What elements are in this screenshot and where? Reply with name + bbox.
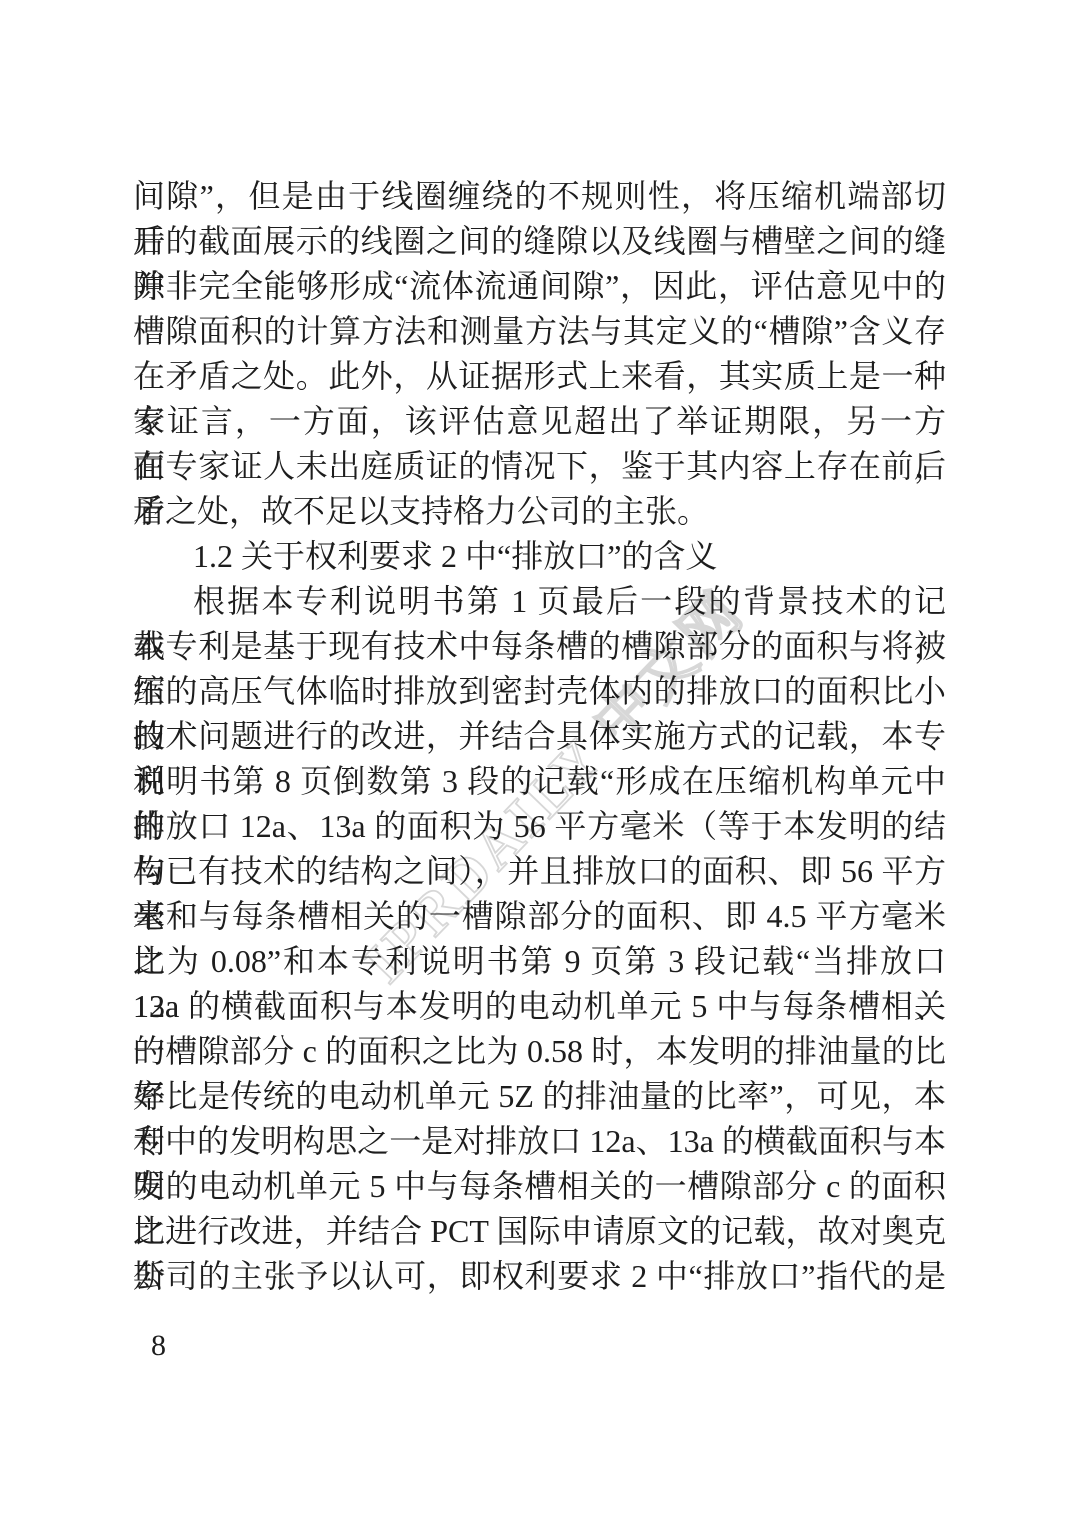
text-line: 并非完全能够形成“流体流通间隙”，因此，评估意见中的: [133, 264, 946, 309]
text-line: 在矛盾之处。此外，从证据形式上来看，其实质上是一种专: [133, 354, 946, 399]
text-block: 间隙”，但是由于线圈缠绕的不规则性，将压缩机端部切开后的截面展示的线圈之间的缝隙…: [133, 174, 946, 1299]
text-line: 槽隙面积的计算方法和测量方法与其定义的“槽隙”含义存: [133, 309, 946, 354]
page-number: 8: [151, 1329, 166, 1363]
text-line: 一槽隙部分 c 的面积之比为 0.58 时，本发明的排油量的比率: [133, 1029, 946, 1074]
text-line: 好比是传统的电动机单元 5Z 的排油量的比率”，可见，本专: [133, 1074, 946, 1119]
text-line: 13a 的横截面积与本发明的电动机单元 5 中与每条槽相关的: [133, 984, 946, 1029]
page: IPRDAILY 中文网 间隙”，但是由于线圈缠绕的不规则性，将压缩机端部切开后…: [0, 0, 1080, 1527]
text-line: 间隙”，但是由于线圈缠绕的不规则性，将压缩机端部切开: [133, 174, 946, 219]
text-line: 排放口 12a、13a 的面积为 56 平方毫米（等于本发明的结构: [133, 804, 946, 849]
text-line: 根据本专利说明书第 1 页最后一段的背景技术的记载，: [133, 579, 946, 624]
text-line: 与已有技术的结构之间），并且排放口的面积、即 56 平方毫: [133, 849, 946, 894]
text-line: 比为 0.08”和本专利说明书第 9 页第 3 段记载“当排放口 12a、: [133, 939, 946, 984]
text-line: 利中的发明构思之一是对排放口 12a、13a 的横截面积与本发: [133, 1119, 946, 1164]
text-line: 缩的高压气体临时排放到密封壳体内的排放口的面积比小的: [133, 669, 946, 714]
text-line: 比进行改进，并结合 PCT 国际申请原文的记载，故对奥克斯: [133, 1209, 946, 1254]
text-line: 家证言，一方面，该评估意见超出了举证期限，另一方面，: [133, 399, 946, 444]
text-line: 在专家证人未出庭质证的情况下，鉴于其内容上存在前后矛: [133, 444, 946, 489]
text-line: 盾之处，故不足以支持格力公司的主张。: [133, 489, 946, 534]
text-line: 明的电动机单元 5 中与每条槽相关的一槽隙部分 c 的面积之: [133, 1164, 946, 1209]
text-line: 公司的主张予以认可，即权利要求 2 中“排放口”指代的是: [133, 1254, 946, 1299]
text-line: 本专利是基于现有技术中每条槽的槽隙部分的面积与将被压: [133, 624, 946, 669]
text-line: 后的截面展示的线圈之间的缝隙以及线圈与槽壁之间的缝隙: [133, 219, 946, 264]
text-line: 1.2 关于权利要求 2 中“排放口”的含义: [133, 534, 946, 579]
text-line: 技术问题进行的改进，并结合具体实施方式的记载，本专利: [133, 714, 946, 759]
text-line: 米和与每条槽相关的一槽隙部分的面积、即 4.5 平方毫米之: [133, 894, 946, 939]
text-line: 说明书第 8 页倒数第 3 段的记载“形成在压缩机构单元中的: [133, 759, 946, 804]
